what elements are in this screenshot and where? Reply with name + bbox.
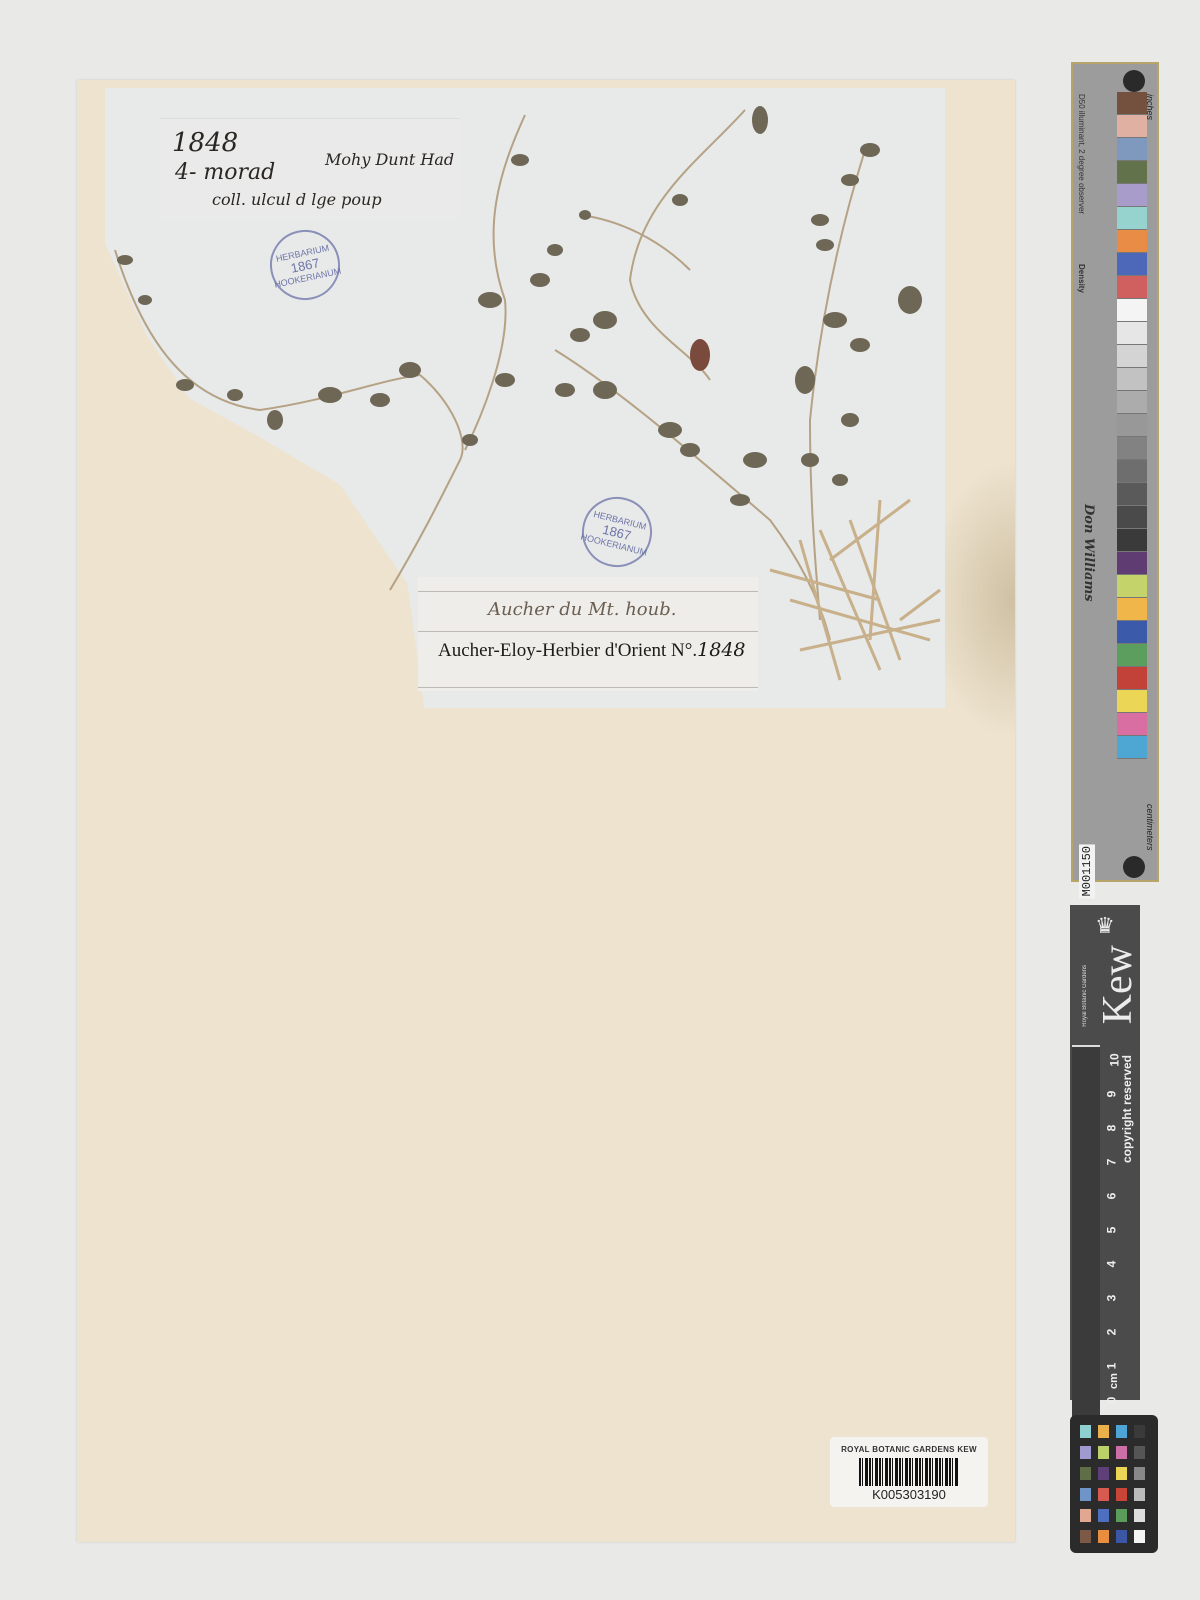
ruler-unit: cm: [1108, 1373, 1120, 1389]
bottom-unit-label: centimeters: [1145, 804, 1155, 851]
color-patch: [1117, 322, 1147, 345]
label-script-line: Aucher du Mt. houb.: [488, 599, 676, 620]
color-patch: [1117, 713, 1147, 736]
checker-swatch: [1098, 1425, 1109, 1438]
checker-swatch: [1116, 1467, 1127, 1480]
checker-swatch: [1116, 1488, 1127, 1501]
label-rule: [418, 631, 758, 632]
color-patch: [1117, 483, 1147, 506]
color-patch: [1117, 161, 1147, 184]
color-bar-id: M001150: [1079, 844, 1095, 898]
color-patch: [1117, 575, 1147, 598]
barcode-label: ROYAL BOTANIC GARDENS KEW K005303190: [830, 1437, 988, 1507]
ruler-tick: [1072, 1045, 1100, 1081]
checker-swatch: [1098, 1509, 1109, 1522]
ruler-tick: [1072, 1147, 1100, 1183]
color-patch: [1117, 414, 1147, 437]
color-checker-card: [1070, 1415, 1158, 1553]
color-patch: [1117, 115, 1147, 138]
kew-subtitle: Royal Botanic Gardens: [1082, 965, 1088, 1027]
color-patch: [1117, 736, 1147, 759]
ruler-tick: [1072, 1249, 1100, 1285]
checker-swatch: [1134, 1446, 1145, 1459]
color-patch: [1117, 460, 1147, 483]
checker-swatch: [1080, 1509, 1091, 1522]
checker-swatch: [1134, 1530, 1145, 1543]
checker-swatch: [1080, 1488, 1091, 1501]
handwritten-line-3: coll. ulcul d lge poup: [212, 190, 382, 209]
kew-logo: Kew: [1094, 945, 1142, 1024]
ruler-tick: [1072, 1215, 1100, 1251]
ruler-number: 9: [1104, 1091, 1118, 1098]
color-patch: [1117, 138, 1147, 161]
color-patch: [1117, 552, 1147, 575]
ruler-tick: [1072, 1181, 1100, 1217]
ruler-number: 3: [1104, 1295, 1118, 1302]
barcode: [859, 1458, 959, 1486]
handwritten-locality: Mohy Dunt Had: [325, 150, 454, 169]
copyright-text: copyright reserved: [1120, 1055, 1134, 1163]
color-patch: [1117, 368, 1147, 391]
label-rule: [418, 687, 758, 688]
checker-swatch: [1116, 1425, 1127, 1438]
checker-swatch: [1098, 1467, 1109, 1480]
color-patch: [1117, 437, 1147, 460]
ruler-number: 2: [1104, 1329, 1118, 1336]
label-rule: [418, 591, 758, 592]
ruler-ticks: [1072, 1025, 1106, 1385]
ruler-tick: [1072, 1317, 1100, 1353]
ruler-number: 6: [1104, 1193, 1118, 1200]
handwritten-number: 1848: [172, 128, 238, 158]
checker-swatch: [1134, 1467, 1145, 1480]
color-patch: [1117, 690, 1147, 713]
color-patch: [1117, 391, 1147, 414]
color-patches: [1117, 92, 1147, 759]
checker-swatch: [1134, 1509, 1145, 1522]
checker-swatch: [1098, 1530, 1109, 1543]
institution-name: ROYAL BOTANIC GARDENS KEW: [830, 1445, 988, 1454]
checker-swatch: [1080, 1467, 1091, 1480]
punch-hole: [1123, 70, 1145, 92]
checker-swatch: [1080, 1446, 1091, 1459]
checker-swatch: [1098, 1446, 1109, 1459]
color-patch: [1117, 598, 1147, 621]
color-patch: [1117, 644, 1147, 667]
kew-scale-ruler: ♛ Royal Botanic Gardens Kew copyright re…: [1070, 905, 1140, 1400]
ruler-number: 10: [1108, 1053, 1122, 1066]
ruler-number: 7: [1104, 1159, 1118, 1166]
checker-swatch: [1134, 1425, 1145, 1438]
ruler-number: 0: [1104, 1397, 1118, 1404]
color-patch: [1117, 276, 1147, 299]
kew-crest-icon: ♛: [1090, 913, 1120, 939]
color-patch: [1117, 299, 1147, 322]
color-patch: [1117, 230, 1147, 253]
color-calibration-bar: inches centimeters D50 illuminant, 2 deg…: [1071, 62, 1159, 882]
color-patch: [1117, 667, 1147, 690]
color-patch: [1117, 345, 1147, 368]
density-label: Density: [1077, 264, 1086, 293]
collection-number: 1848: [697, 639, 745, 661]
barcode-number: K005303190: [830, 1487, 988, 1502]
printed-collection-label: Aucher du Mt. houb. Aucher-Eloy-Herbier …: [418, 577, 758, 691]
ruler-tick: [1072, 1113, 1100, 1149]
checker-swatch: [1116, 1509, 1127, 1522]
ruler-tick: [1072, 1079, 1100, 1115]
checker-swatch: [1080, 1530, 1091, 1543]
handwritten-line-2: 4- morad: [175, 160, 275, 185]
punch-hole: [1123, 856, 1145, 878]
color-bar-brand: Don Williams: [1081, 504, 1096, 602]
color-patch: [1117, 621, 1147, 644]
ruler-number: 4: [1104, 1261, 1118, 1268]
color-patch: [1117, 184, 1147, 207]
checker-swatch: [1134, 1488, 1145, 1501]
collector-herbarium-text: Aucher-Eloy-Herbier d'Orient N°.: [438, 640, 697, 661]
ruler-number: 5: [1104, 1227, 1118, 1234]
checker-swatch: [1116, 1446, 1127, 1459]
ruler-tick: [1072, 1351, 1100, 1387]
color-patch: [1117, 207, 1147, 230]
illuminant-text: D50 illuminant, 2 degree observer: [1077, 94, 1086, 214]
color-patch: [1117, 92, 1147, 115]
checker-swatch: [1116, 1530, 1127, 1543]
color-patch: [1117, 529, 1147, 552]
ruler-number: 8: [1104, 1125, 1118, 1132]
label-printed-text: Aucher-Eloy-Herbier d'Orient N°.1848: [438, 639, 746, 662]
color-patch: [1117, 506, 1147, 529]
ruler-tick: [1072, 1283, 1100, 1319]
checker-swatch: [1080, 1425, 1091, 1438]
color-patch: [1117, 253, 1147, 276]
checker-swatch: [1098, 1488, 1109, 1501]
ruler-number: 1: [1104, 1363, 1118, 1370]
